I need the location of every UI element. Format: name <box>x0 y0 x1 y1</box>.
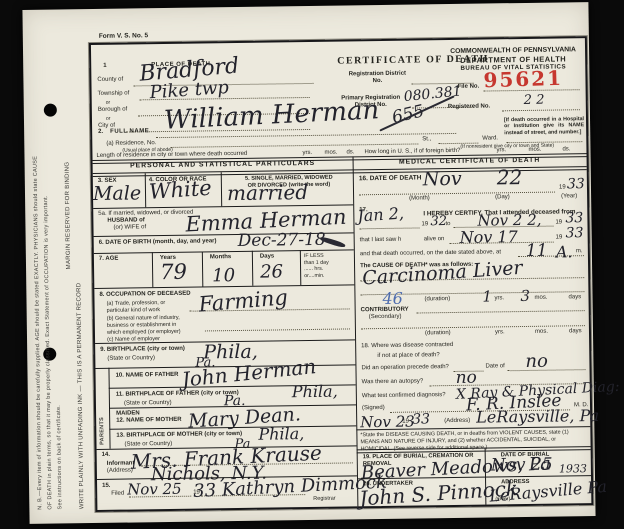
occ-a2: particular kind of work <box>107 307 161 314</box>
informant-number: 14. <box>102 452 110 460</box>
occ-b2: business or establishment in <box>107 322 176 329</box>
mother-birthplace-label: 13. BIRTHPLACE OF MOTHER (city or town) <box>116 431 242 440</box>
if-less-line1: IF LESS <box>304 253 324 259</box>
date-of-label: Date of <box>485 363 504 371</box>
st-label: St., <box>422 136 431 144</box>
cell-divider <box>152 252 153 287</box>
mos-label: mos. <box>535 329 548 337</box>
last-saw-year-handwriting: 33 <box>566 225 584 241</box>
where-contracted-label: 18. Where was disease contracted <box>361 342 453 351</box>
attended-from-handwriting: Jan 2, <box>357 203 405 225</box>
cause-code-handwriting: 46 <box>382 289 403 308</box>
dotted-line <box>361 324 585 329</box>
file-no-label: File No. <box>458 84 480 92</box>
year-sub-label: (Year) <box>561 193 577 201</box>
occ-b1: (b) General nature of industry, <box>107 315 180 322</box>
mos-label: mos. <box>534 295 547 303</box>
burial-date-handwriting: Nov 25 <box>491 455 553 476</box>
occ-b3: which employed (or employer) <box>107 329 181 336</box>
c19b-label: 19 <box>555 219 562 227</box>
operation-label: Did an operation precede death? <box>361 364 449 373</box>
ward-label: Ward. <box>482 135 498 143</box>
filed-date-handwriting: Nov 25 <box>127 480 182 499</box>
scanned-death-certificate-photo: N. B.—Every item of information should b… <box>0 0 624 529</box>
item1-number: 1 <box>103 63 106 71</box>
cell-divider <box>252 251 253 286</box>
month-sub-label: (Month) <box>409 195 430 203</box>
dotted-line <box>359 191 555 196</box>
yrs-label: yrs. <box>494 295 504 303</box>
cell-divider <box>145 173 146 207</box>
days-label: Days <box>260 253 274 261</box>
death-month-handwriting: Nov <box>423 168 462 191</box>
hospital-note: [If death occurred in a Hospital or Inst… <box>504 116 584 136</box>
c19a-label: 19 <box>421 221 428 229</box>
father-birthplace-handwriting: Phila, <box>292 382 338 402</box>
if-less-label: IF LESSthan 1 day...... hrs.or....min. <box>304 253 329 280</box>
yrs-label: yrs. <box>495 329 505 337</box>
full-name-value-handwriting: William Herman <box>163 95 380 135</box>
if-not-label: if not at place of death? <box>377 352 439 360</box>
death-occurred-label: and that death occurred, on the date sta… <box>360 249 501 258</box>
cell-divider <box>202 251 203 286</box>
autopsy-label: Was there an autopsy? <box>362 378 424 386</box>
cell-divider <box>221 172 222 206</box>
last-saw-label: that I last saw h <box>360 237 402 245</box>
duration2-label: (duration) <box>425 330 451 338</box>
cell-divider <box>300 250 301 285</box>
test-label: What test confirmed diagnosis? <box>362 392 446 401</box>
to-label: to <box>445 221 450 229</box>
if-less-line2: than 1 day <box>304 259 329 265</box>
duration-months-handwriting: 3 <box>520 287 530 305</box>
age-days-handwriting: 26 <box>260 261 283 282</box>
mother-name-label: 12. NAME OF MOTHER <box>116 417 181 425</box>
registrar-label: Registrar <box>313 496 335 503</box>
occupation-b-label: (b) General nature of industry,business … <box>107 315 181 337</box>
wife-of-label: (or) WIFE of <box>113 224 146 232</box>
death-time-handwriting: 11 <box>526 241 548 261</box>
father-birthplace-label: 11. BIRTHPLACE OF FATHER (city or town) <box>116 390 239 399</box>
m-label: m. <box>576 248 583 256</box>
death-ampm-handwriting: A. <box>556 242 573 261</box>
c19c-label: 19 <box>556 234 563 242</box>
filed-label: Filed <box>111 491 124 499</box>
duration-years-handwriting: 1 <box>482 287 492 305</box>
dotted-line <box>417 309 585 313</box>
dotted-line <box>170 142 418 147</box>
father-name-label: 10. NAME OF FATHER <box>116 372 179 380</box>
margin-note-ink: WRITE PLAINLY WITH UNFADING INK — THIS I… <box>75 159 86 509</box>
birthplace-sub-label: (State or Country) <box>107 355 155 363</box>
dotted-line <box>360 226 420 229</box>
certificate-paper: N. B.—Every item of information should b… <box>22 2 595 524</box>
s19-label: 19 <box>402 419 409 427</box>
sex-value-handwriting: Male <box>93 182 141 205</box>
registered-no-value-handwriting: 2 2 <box>524 93 545 108</box>
or-label: or <box>106 116 111 122</box>
or-label: or <box>106 100 111 106</box>
dotted-line <box>205 327 350 331</box>
township-value-handwriting: Pike twp <box>149 77 230 103</box>
file-number-stamp: 95621 <box>483 66 563 92</box>
date-of-death-label: 16. DATE OF DEATH <box>359 174 422 183</box>
day-sub-label: (Day) <box>495 194 510 202</box>
date-of-birth-value-handwriting: Dec-27-18 <box>238 230 326 251</box>
secondary-label: (Secondary) <box>369 314 402 322</box>
attended-to-year-handwriting: 33 <box>565 210 583 226</box>
certificate-form-frame: 1 PLACE OF DEATH County of Bradford Town… <box>89 36 593 512</box>
county-label: County of <box>97 77 123 85</box>
registration-district-label: Registration District No. <box>345 71 409 86</box>
age-label: 7. AGE <box>99 256 119 264</box>
borough-label: Borough of <box>98 107 127 115</box>
duration-label: (duration) <box>424 296 450 304</box>
margin-note-binding: MARGIN RESERVED FOR BINDING <box>63 49 72 269</box>
informant-address-label: (Address) <box>107 467 133 475</box>
primary-registration-value-handwriting: 080.381 <box>403 83 462 105</box>
days-label: days <box>569 328 582 336</box>
if-less-line4: or....min. <box>304 273 324 279</box>
color-value-handwriting: White <box>148 176 212 204</box>
cause-of-death-handwriting: Carcinoma Liver <box>362 257 524 290</box>
occupation-a-label: (a) Trade, profession, orparticular kind… <box>107 300 166 315</box>
signed-year-handwriting: 33 <box>412 411 430 427</box>
marital-value-handwriting: married <box>227 180 308 205</box>
registered-no-label: Registered No. <box>448 103 490 111</box>
margin-note-instructions: See instructions on back of certificate. <box>55 309 64 509</box>
form-number: Form V. S. No. 5 <box>99 32 148 41</box>
occupation-value-handwriting: Farming <box>198 285 289 316</box>
occupation-label: 8. OCCUPATION OF DECEASED <box>99 291 190 300</box>
death-year-handwriting: 33 <box>567 176 585 192</box>
birthplace-label: 9. BIRTHPLACE (city or town) <box>100 346 185 355</box>
age-years-handwriting: 79 <box>160 260 187 284</box>
dod-19-label: 19 <box>559 184 566 192</box>
burial-year-handwriting: 1933 <box>559 462 587 475</box>
filed-number: 15. <box>102 483 110 491</box>
address-label: (Address) <box>444 418 470 426</box>
days-label: days <box>568 294 581 302</box>
if-less-line3: ...... hrs. <box>304 266 323 272</box>
township-label: Township of <box>98 90 130 98</box>
full-name-number: 2. <box>98 129 103 137</box>
last-saw-date-handwriting: Nov 17 <box>460 227 518 247</box>
occ-a1: (a) Trade, profession, or <box>107 300 166 307</box>
over-label: (Over) <box>495 496 510 503</box>
age-months-handwriting: 10 <box>212 265 235 286</box>
alive-on-label: alive on <box>424 236 445 244</box>
date-of-birth-label: 6. DATE OF BIRTH (month, day, and year) <box>99 238 217 247</box>
death-day-handwriting: 22 <box>497 165 523 189</box>
full-name-label: FULL NAME <box>110 128 149 136</box>
signed-label: (Signed) <box>362 405 385 413</box>
operation-answer-handwriting: no <box>525 351 548 372</box>
dotted-line <box>502 108 580 111</box>
physician-address-handwriting: LeRaysville, Pa <box>476 406 599 427</box>
parents-vertical-label: PARENTS <box>99 375 106 445</box>
months-label: Months <box>210 254 231 262</box>
